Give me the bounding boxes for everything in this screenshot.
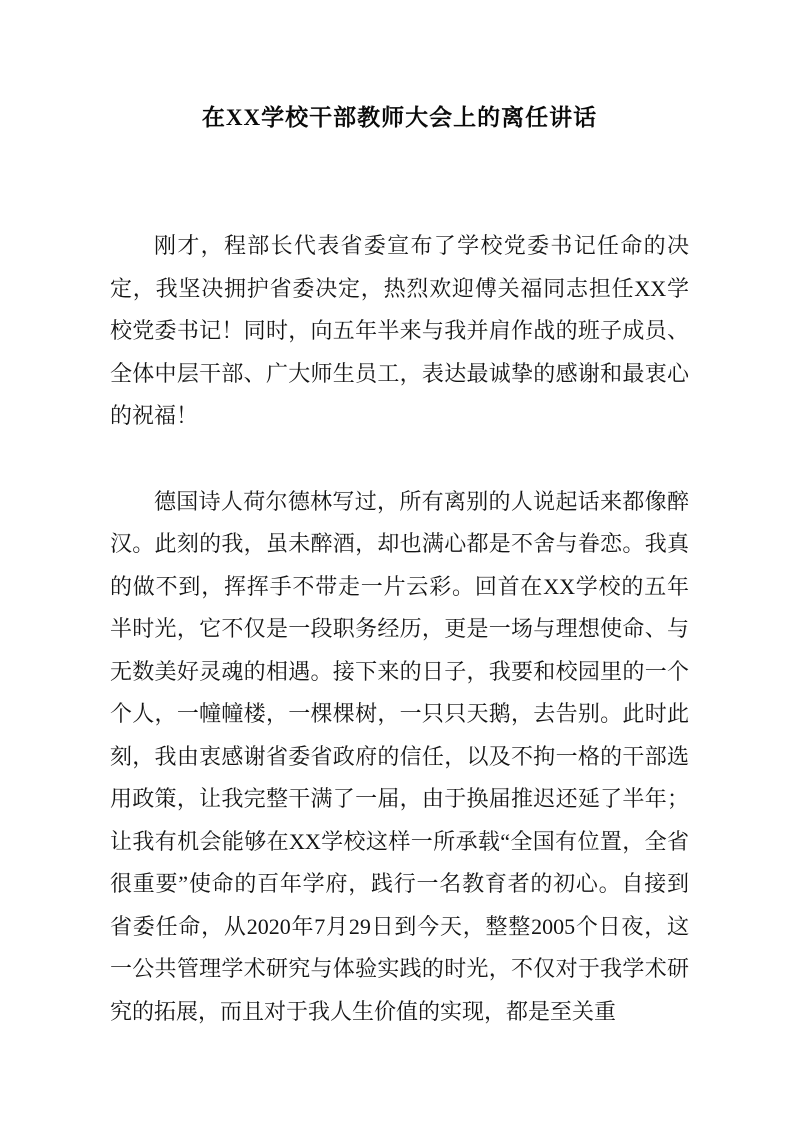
paragraph-2: 德国诗人荷尔德林写过，所有离别的人说起话来都像醉汉。此刻的我，虽未醉酒，却也满心… xyxy=(110,481,689,1034)
document-page: 在XX学校干部教师大会上的离任讲话 刚才，程部长代表省委宣布了学校党委书记任命的… xyxy=(0,0,793,1122)
document-body: 刚才，程部长代表省委宣布了学校党委书记任命的决定，我坚决拥护省委决定，热烈欢迎傅… xyxy=(110,225,689,1033)
paragraph-1: 刚才，程部长代表省委宣布了学校党委书记任命的决定，我坚决拥护省委决定，热烈欢迎傅… xyxy=(110,225,689,438)
document-title: 在XX学校干部教师大会上的离任讲话 xyxy=(110,96,689,140)
